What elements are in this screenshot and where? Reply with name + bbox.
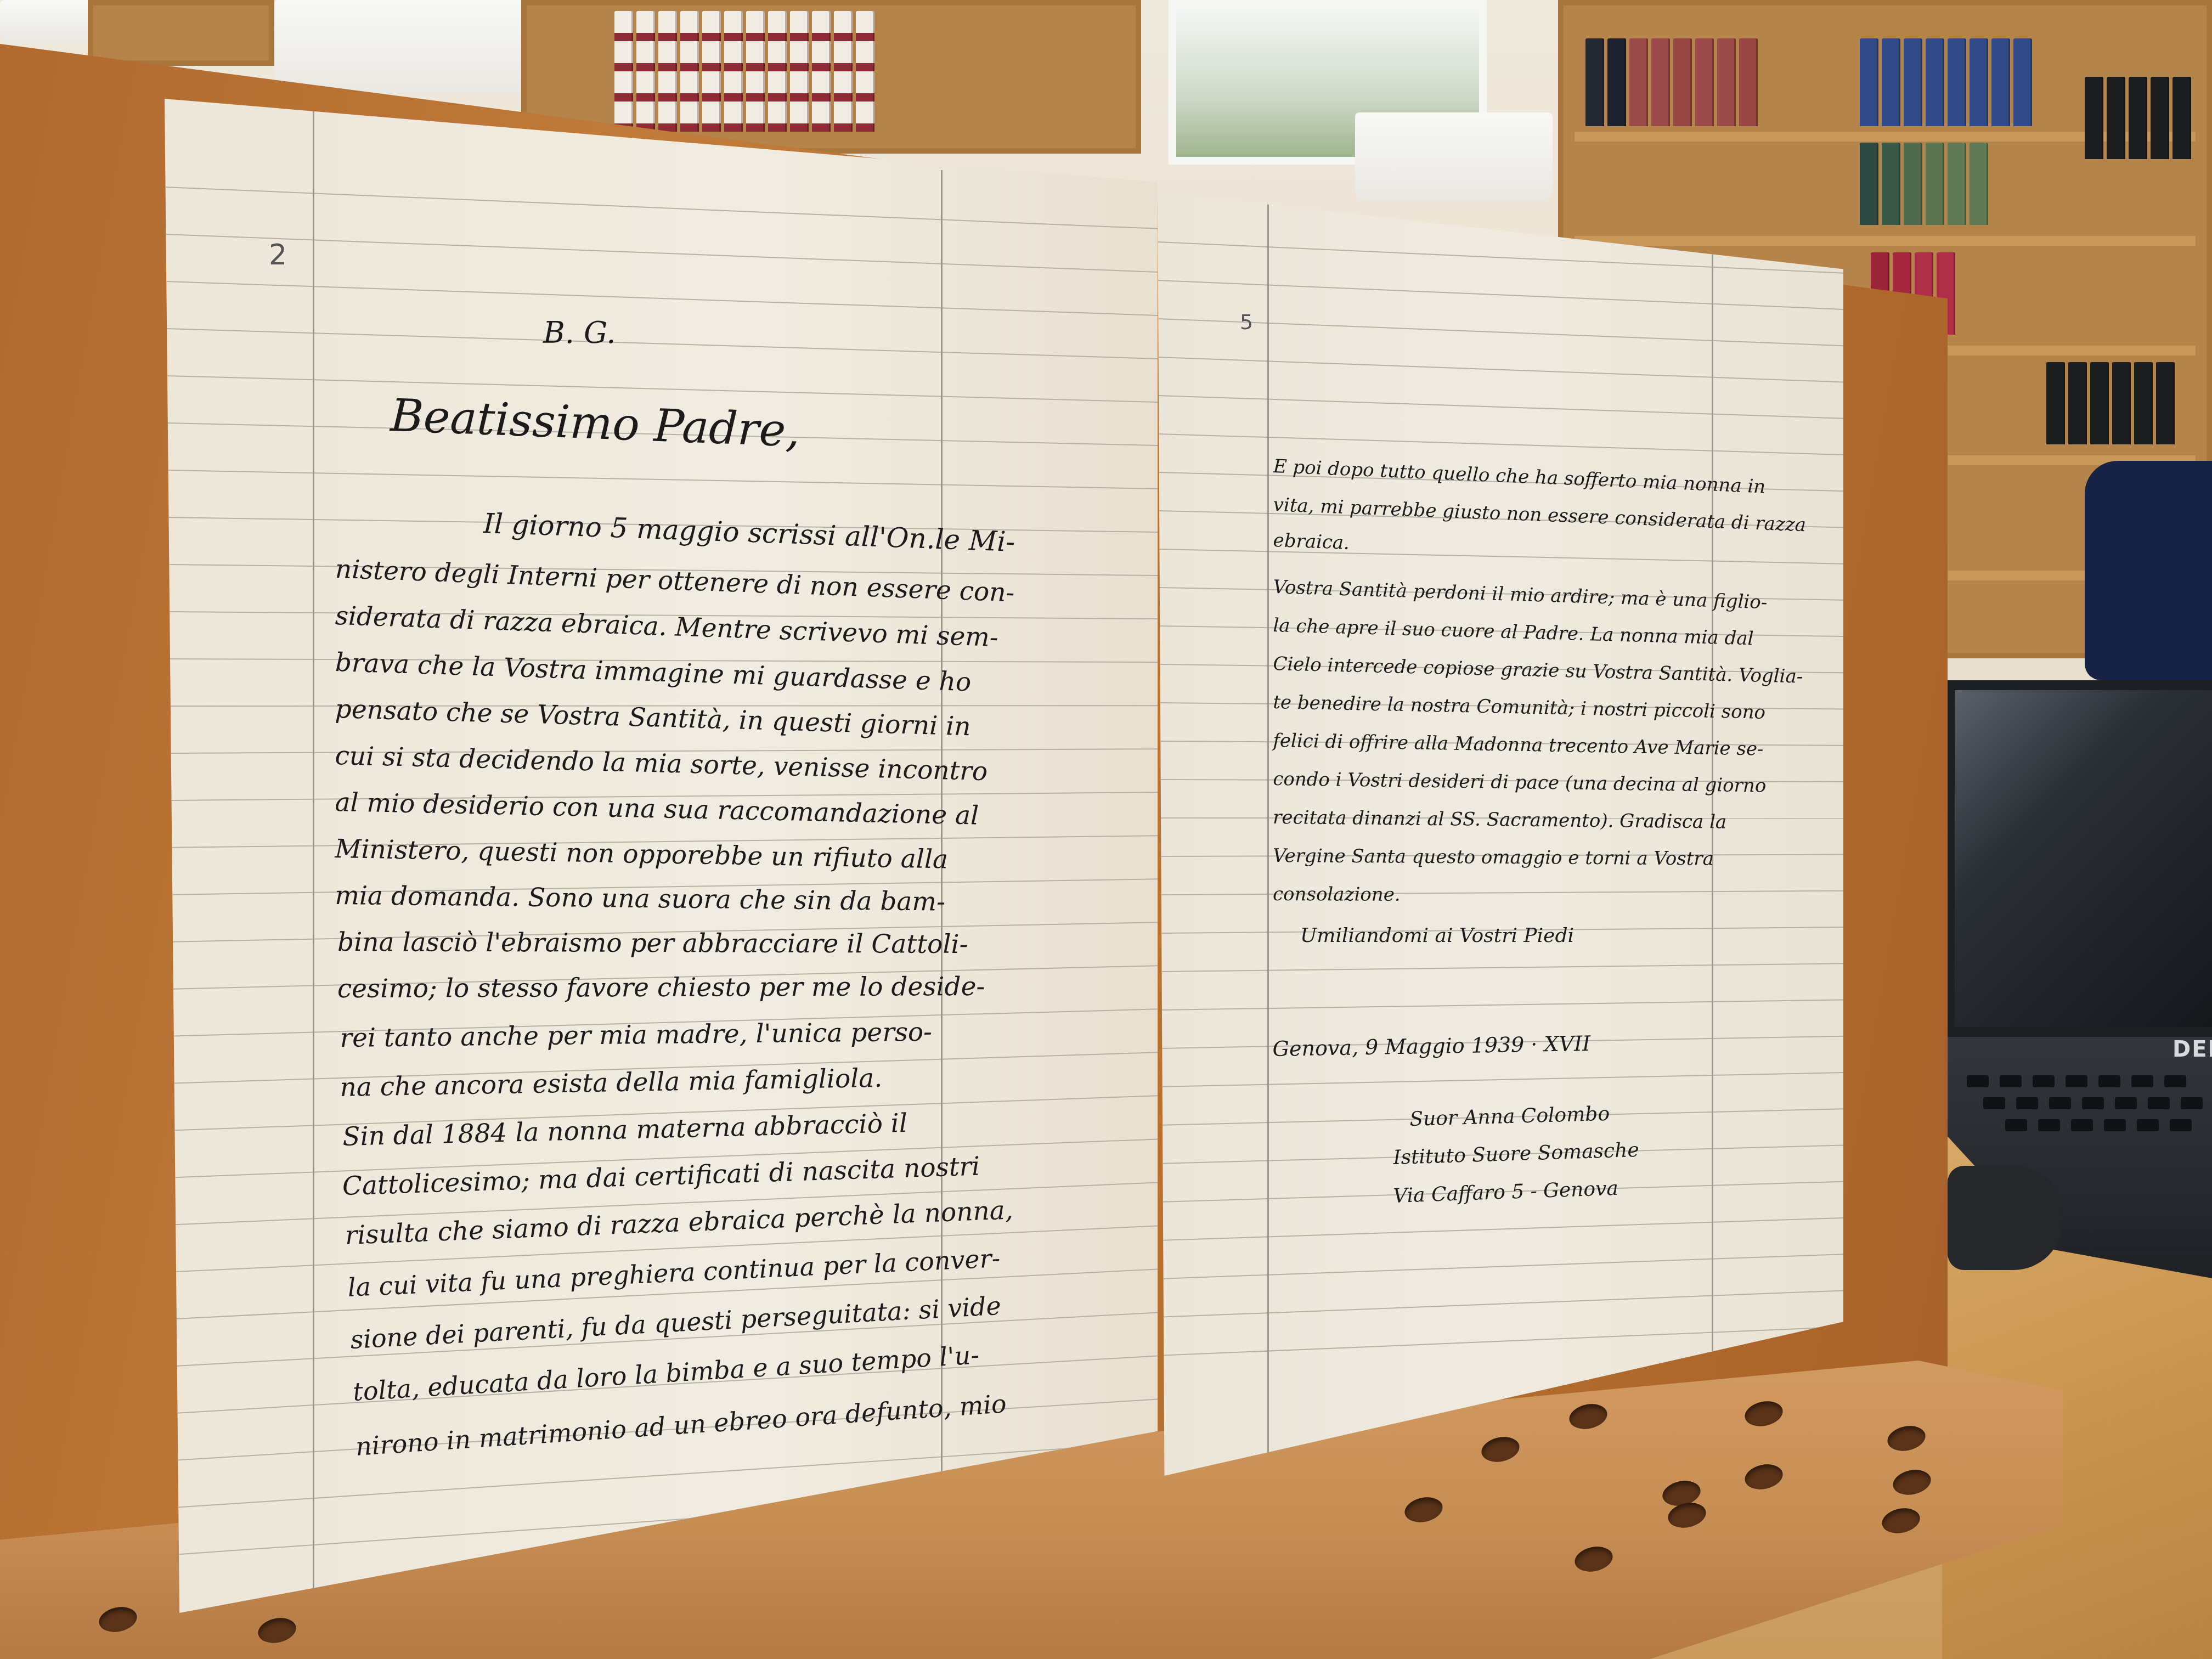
text-line: consolazione.	[1273, 883, 1401, 906]
text-line: brava che la Vostra immagine mi guardass…	[335, 647, 972, 697]
ruled-line	[1158, 357, 1870, 383]
ruled-line	[165, 375, 1206, 404]
bookshelf-left	[88, 0, 274, 66]
lamp-shade	[274, 0, 538, 93]
letter-date: Genova, 9 Maggio 1939 · XVII	[1272, 1031, 1590, 1061]
letter-heading: B. G.	[543, 315, 616, 350]
signature-institute: Istituto Suore Somasche	[1393, 1139, 1640, 1169]
signature-address: Via Caffaro 5 - Genova	[1393, 1177, 1619, 1207]
text-line: cesimo; lo stesso favore chiesto per me …	[337, 972, 985, 1004]
text-line: rei tanto anche per mia madre, l'unica p…	[340, 1017, 932, 1053]
text-line: Vostra Santità perdoni il mio ardire; ma…	[1273, 576, 1768, 613]
ruled-line	[165, 328, 1206, 361]
book-row-blue	[1860, 38, 2032, 126]
book-row-red	[1585, 38, 1758, 126]
page-number: 5	[1240, 310, 1253, 334]
dell-logo: DELL	[2172, 1037, 2212, 1062]
ruled-line	[1158, 1071, 1871, 1087]
margin-line	[313, 99, 314, 1613]
margin-line	[1267, 192, 1269, 1476]
text-line: Sin dal 1884 la nonna materna abbracciò …	[342, 1108, 908, 1152]
text-line: Ministero, questi non opporebbe un rifiu…	[335, 834, 948, 874]
ruled-line	[1158, 318, 1870, 347]
text-line: pensato che se Vostra Santità, in questi…	[335, 694, 971, 742]
computer-mouse	[1948, 1166, 2063, 1270]
text-line: felici di offrire alla Madonna trecento …	[1273, 730, 1764, 760]
ruled-line	[1158, 1252, 1870, 1279]
closing-line: Umiliandomi ai Vostri Piedi	[1300, 924, 1574, 947]
text-line: E poi dopo tutto quello che ha sofferto …	[1273, 455, 1766, 498]
page-number: 2	[269, 239, 287, 272]
text-line: condo i Vostri desideri di pace (una dec…	[1273, 768, 1767, 797]
salutation: Beatissimo Padre,	[390, 390, 801, 458]
ruled-line	[165, 187, 1206, 232]
ruled-line	[1158, 1289, 1870, 1318]
text-line: Cielo intercede copiose grazie su Vostra…	[1273, 653, 1803, 688]
book-row	[614, 11, 874, 132]
office-chair	[2085, 461, 2212, 680]
ruled-line	[1158, 999, 1871, 1011]
ruled-line	[165, 470, 1207, 490]
text-line: nistero degli Interni per ottenere di no…	[335, 554, 1015, 608]
text-line: ebraica.	[1273, 529, 1350, 554]
lamp-shade	[0, 0, 93, 44]
text-line: vita, mi parrebbe giusto non essere cons…	[1273, 494, 1807, 536]
book-row-black-2	[2046, 362, 2175, 444]
ruled-line	[1158, 1216, 1870, 1241]
ruled-line	[1158, 280, 1870, 311]
ruled-line	[1158, 395, 1870, 420]
ruled-line	[1158, 963, 1871, 972]
text-line: mia domanda. Sono una suora che sin da b…	[335, 881, 945, 917]
text-line: recitata dinanzi al SS. Sacramento). Gra…	[1273, 806, 1726, 833]
letter-page-left: 2 B. G. Beatissimo Padre, Il giorno 5 ma…	[165, 99, 1158, 1613]
ruled-line	[1158, 549, 1871, 565]
ruled-line	[165, 281, 1206, 318]
text-line: te benedire la nostra Comunità; i nostri…	[1273, 691, 1765, 724]
text-line: cui si sta decidendo la mia sorte, venis…	[335, 741, 988, 787]
lamp-shade	[1355, 112, 1553, 200]
laptop-screen	[1945, 680, 2212, 1037]
signature-name: Suor Anna Colombo	[1409, 1103, 1610, 1131]
book-row-black	[2085, 77, 2191, 159]
margin-line	[1712, 225, 1713, 1377]
text-line: bina lasciò l'ebraismo per abbracciare i…	[337, 927, 968, 960]
text-line: Il giorno 5 maggio scrissi all'On.le Mi-	[483, 507, 1015, 558]
book-row-green	[1860, 143, 1988, 225]
letter-page-right: 5 E poi dopo tutto quello che ha soffert…	[1158, 192, 1843, 1476]
text-line: Vergine Santa questo omaggio e torni a V…	[1273, 845, 1714, 870]
text-line: la che apre il suo cuore al Padre. La no…	[1273, 614, 1754, 650]
ruled-line	[1158, 433, 1870, 456]
ruled-line	[165, 234, 1206, 274]
text-line: siderata di razza ebraica. Mentre scrive…	[335, 601, 999, 653]
text-line: na che ancora esista della mia famigliol…	[340, 1063, 883, 1103]
ruled-line	[1158, 890, 1871, 895]
